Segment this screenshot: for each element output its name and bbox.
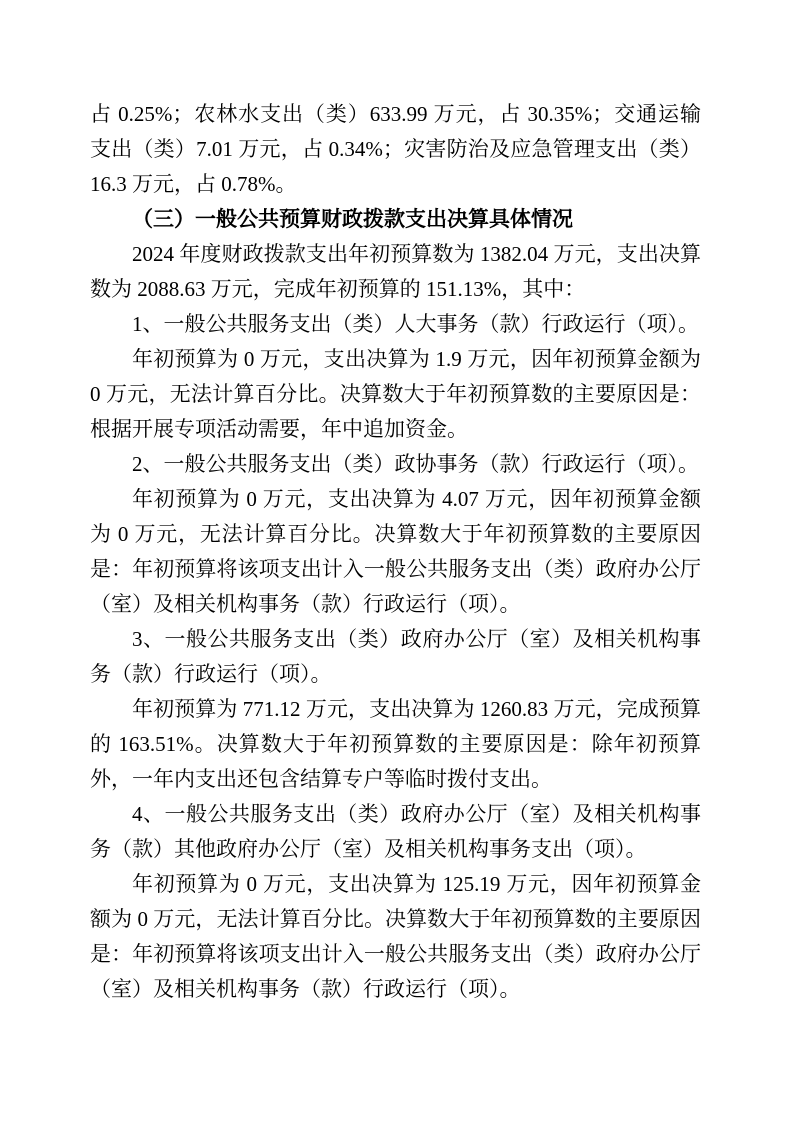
document-page: 占 0.25%；农林水支出（类）633.99 万元，占 30.35%；交通运输支…: [0, 0, 793, 1122]
item-1-title: 1、一般公共服务支出（类）人大事务（款）行政运行（项）。: [90, 307, 701, 342]
section-heading: （三）一般公共预算财政拨款支出决算具体情况: [90, 202, 701, 237]
item-3-title: 3、一般公共服务支出（类）政府办公厅（室）及相关机构事务（款）行政运行（项）。: [90, 622, 701, 692]
paragraph-expenditure-shares-continued: 占 0.25%；农林水支出（类）633.99 万元，占 30.35%；交通运输支…: [90, 97, 701, 202]
item-3-detail: 年初预算为 771.12 万元，支出决算为 1260.83 万元，完成预算的 1…: [90, 692, 701, 797]
paragraph-overview: 2024 年度财政拨款支出年初预算数为 1382.04 万元，支出决算数为 20…: [90, 237, 701, 307]
item-2-title: 2、一般公共服务支出（类）政协事务（款）行政运行（项）。: [90, 447, 701, 482]
item-4-title: 4、一般公共服务支出（类）政府办公厅（室）及相关机构事务（款）其他政府办公厅（室…: [90, 797, 701, 867]
item-2-detail: 年初预算为 0 万元，支出决算为 4.07 万元，因年初预算金额为 0 万元，无…: [90, 482, 701, 622]
item-4-detail: 年初预算为 0 万元，支出决算为 125.19 万元，因年初预算金额为 0 万元…: [90, 867, 701, 1007]
item-1-detail: 年初预算为 0 万元，支出决算为 1.9 万元，因年初预算金额为 0 万元，无法…: [90, 342, 701, 447]
